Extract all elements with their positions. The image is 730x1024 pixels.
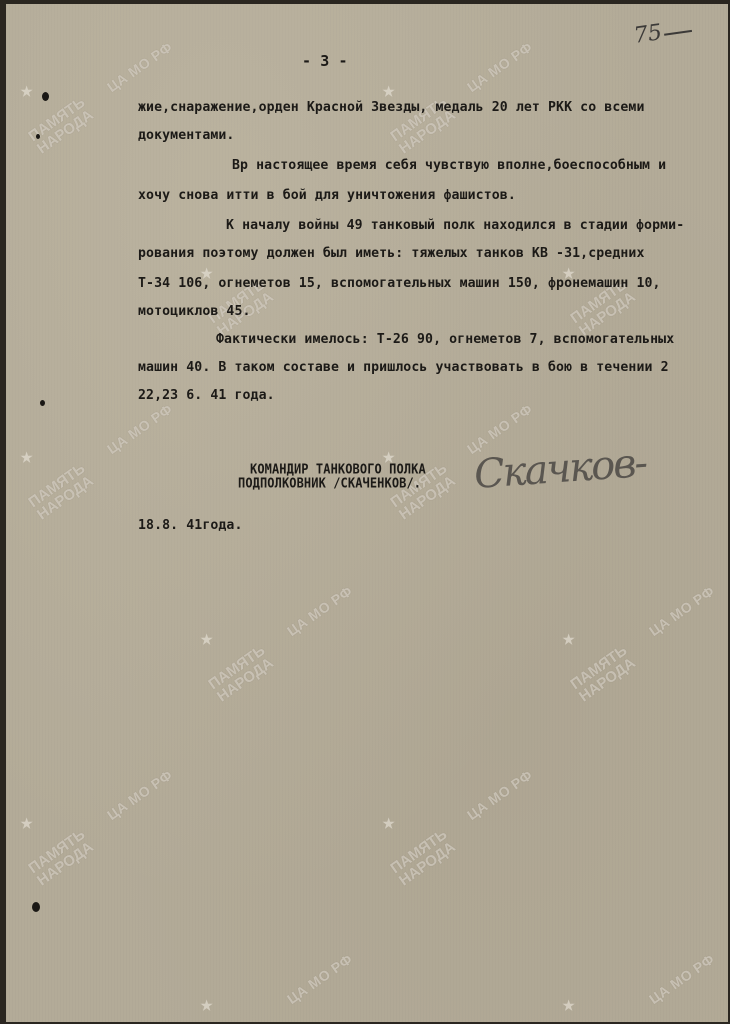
document-date: 18.8. 41года. xyxy=(138,518,243,533)
text-line: Фактически имелось: Т-26 90, огнеметов 7… xyxy=(216,332,674,347)
star-icon: ★ xyxy=(20,444,33,469)
watermark-camo: ЦА МО РФ xyxy=(104,39,175,96)
watermark-camo: ЦА МО РФ xyxy=(284,583,355,640)
watermark-camo: ЦА МО РФ xyxy=(104,767,175,824)
watermark-pamyat-naroda: ПАМЯТЬНАРОДА xyxy=(26,461,96,523)
page-number: - 3 - xyxy=(302,52,348,70)
ink-blot xyxy=(32,902,40,912)
ink-blot xyxy=(40,400,45,406)
text-line: машин 40. В таком составе и пришлось уча… xyxy=(138,360,669,375)
watermark-camo: ЦА МО РФ xyxy=(646,951,717,1008)
watermark-pamyat-naroda: ПАМЯТЬНАРОДА xyxy=(388,827,458,889)
folio-number: 75 xyxy=(632,20,663,49)
text-line: Вр настоящее время себя чувствую вполне,… xyxy=(232,158,666,173)
star-icon: ★ xyxy=(382,810,395,835)
watermark-camo: ЦА МО РФ xyxy=(464,767,535,824)
star-icon: ★ xyxy=(20,810,33,835)
watermark-pamyat-naroda: ПАМЯТЬНАРОДА xyxy=(26,95,96,157)
text-line: хочу снова итти в бой для уничтожения фа… xyxy=(138,188,516,203)
watermark-camo: ЦА МО РФ xyxy=(284,951,355,1008)
handwritten-signature: Скачков- xyxy=(473,440,648,498)
star-icon: ★ xyxy=(562,626,575,651)
watermark-camo: ЦА МО РФ xyxy=(104,401,175,458)
text-line: К началу войны 49 танковый полк находилс… xyxy=(226,218,684,233)
ink-blot xyxy=(42,92,49,101)
text-line: мотоциклов 45. xyxy=(138,304,251,319)
ink-blot xyxy=(36,134,40,139)
text-line: документами. xyxy=(138,128,234,143)
text-line: рования поэтому должен был иметь: тяжелы… xyxy=(138,246,645,261)
watermark-pamyat-naroda: ПАМЯТЬНАРОДА xyxy=(26,827,96,889)
star-icon: ★ xyxy=(200,992,213,1017)
watermark-pamyat-naroda: ПАМЯТЬНАРОДА xyxy=(206,643,276,705)
watermark-pamyat-naroda: ПАМЯТЬНАРОДА xyxy=(568,643,638,705)
signatory-rank-name: ПОДПОЛКОВНИК /СКАЧЕНКОВ/. xyxy=(238,475,421,490)
text-line: Т-34 106, огнеметов 15, вспомогательных … xyxy=(138,276,661,291)
star-icon: ★ xyxy=(562,992,575,1017)
watermark-camo: ЦА МО РФ xyxy=(646,583,717,640)
text-line: 22,23 6. 41 года. xyxy=(138,388,275,403)
text-line: жие,снаражение,орден Красной Звезды, мед… xyxy=(138,100,645,115)
document-page: ЦА МО РФ ЦА МО РФ ЦА МО РФ ЦА МО РФ ЦА М… xyxy=(6,4,728,1022)
star-icon: ★ xyxy=(200,626,213,651)
star-icon: ★ xyxy=(20,78,33,103)
watermark-camo: ЦА МО РФ xyxy=(464,39,535,96)
